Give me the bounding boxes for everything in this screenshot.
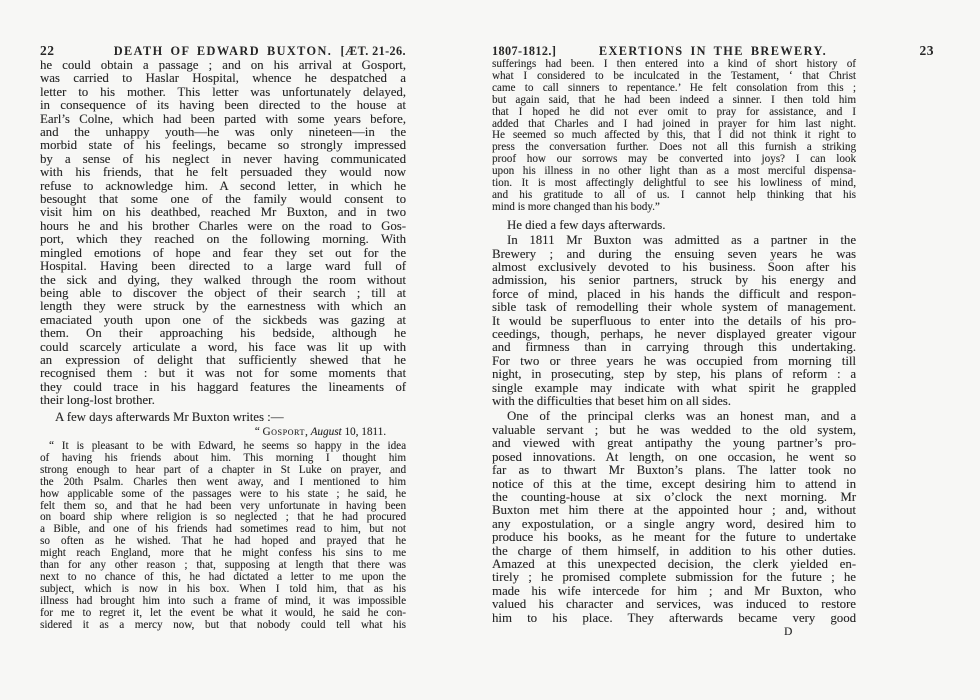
text-line: force of mind, placed in his hands the d… (492, 288, 856, 301)
text-line: Hospital. Having been directed to a larg… (40, 260, 406, 273)
text-line: and the unhappy youth—he was only ninete… (40, 126, 406, 139)
text-line: hours he and his brother Charles were on… (40, 220, 406, 233)
text-line: any expostulation, or a single angry wor… (492, 518, 856, 531)
text-line: and firmness than in carrying through th… (492, 341, 856, 354)
dateline-open-quote: “ (255, 426, 263, 438)
text-line: by a sense of his neglect in never havin… (40, 153, 406, 166)
letter-lines: of having his friends about him. This mo… (40, 453, 406, 632)
dateline-month: August (311, 426, 342, 438)
text-line: posed innovations. At length, on one occ… (492, 451, 856, 464)
transition-sentence: A few days afterwards Mr Buxton writes :… (40, 411, 406, 424)
text-line: the charge of them himself, in addition … (492, 545, 856, 558)
text-line: but again said, that he had been indeed … (492, 95, 856, 107)
clerk-paragraph: One of the principal clerks was an hones… (492, 410, 856, 625)
dateline-tail: 10, 1811. (342, 426, 386, 438)
left-page-header: 22 DEATH OF EDWARD BUXTON. [ÆT. 21-26. (40, 43, 406, 59)
text-line: him to his place. They afterwards became… (492, 612, 856, 625)
text-line: sidered it as a mercy now, but that nobo… (40, 620, 406, 632)
text-line: besought that some one of the family wou… (40, 193, 406, 206)
brewery-paragraph: In 1811 Mr Buxton was admitted as a part… (492, 234, 856, 408)
text-line: letter to his mother. This letter was un… (40, 86, 406, 99)
text-line: them. On their approaching his bedside, … (40, 327, 406, 340)
text-line: an expression of delight that sufficient… (40, 354, 406, 367)
text-line: visit him on his deathbed, reached Mr Bu… (40, 206, 406, 219)
right-page: 1807-1812.] EXERTIONS IN THE BREWERY. 23… (492, 0, 856, 700)
text-line: admission, his senior partners, struck b… (492, 274, 856, 287)
left-page: 22 DEATH OF EDWARD BUXTON. [ÆT. 21-26. h… (40, 0, 406, 700)
text-line: recognised them : but it was not for som… (40, 367, 406, 380)
text-line: length they were struck by the earnestne… (40, 300, 406, 313)
clerk-paragraph-lines: valuable servant ; but he was wedded to … (492, 424, 856, 625)
letter-continuation-last-line: mind is more changed than his body.” (492, 202, 856, 214)
text-line: refuse to acknowledge him. A second lett… (40, 180, 406, 193)
text-line: being able to discover the object of the… (40, 287, 406, 300)
text-line: notice of this at the time, except desir… (492, 478, 856, 491)
death-sentence: He died a few days afterwards. (492, 219, 856, 232)
right-date-note: 1807-1812.] (492, 44, 599, 59)
left-main-paragraph-lines: he could obtain a passage ; and on his a… (40, 59, 406, 394)
text-line: the sick and dying, they walked through … (40, 274, 406, 287)
text-line: could scarcely articulate a word, his fa… (40, 341, 406, 354)
left-running-title: DEATH OF EDWARD BUXTON. (114, 44, 332, 59)
book-scan: 22 DEATH OF EDWARD BUXTON. [ÆT. 21-26. h… (0, 0, 980, 700)
text-line: was carried to Haslar Hospital, whence h… (40, 72, 406, 85)
text-line: mingled emotions of hope and fear they s… (40, 247, 406, 260)
text-line: with his friends, that he felt persuaded… (40, 166, 406, 179)
brewery-paragraph-first-line: In 1811 Mr Buxton was admitted as a part… (492, 234, 856, 247)
text-line: valuable servant ; but he was wedded to … (492, 424, 856, 437)
left-page-number: 22 (40, 43, 114, 59)
dateline-place: Gosport (263, 426, 305, 438)
right-page-header: 1807-1812.] EXERTIONS IN THE BREWERY. 23 (492, 43, 934, 59)
clerk-paragraph-first-line: One of the principal clerks was an hones… (492, 410, 856, 423)
right-running-title: EXERTIONS IN THE BREWERY. (599, 44, 827, 59)
right-page-number: 23 (827, 43, 934, 59)
text-line: made his wife intercede for him ; and Mr… (492, 585, 856, 598)
text-line: they could trace in his haggard features… (40, 381, 406, 394)
text-line: valued his character and services, was i… (492, 598, 856, 611)
text-line: illness had brought him into such a fram… (40, 596, 406, 608)
text-line: port, which they reached on the followin… (40, 233, 406, 246)
text-line: for me to regret it, let the event be wh… (40, 608, 406, 620)
text-line: almost exclusively devoted to his busine… (492, 261, 856, 274)
text-line: tirely ; he promised complete submission… (492, 571, 856, 584)
text-line: and viewed with great antipathy the youn… (492, 437, 856, 450)
text-line: far as to thwart Mr Buxton’s plans. The … (492, 464, 856, 477)
left-main-paragraph-last-line: their long-lost brother. (40, 394, 406, 407)
left-page-body: he could obtain a passage ; and on his a… (40, 59, 406, 631)
text-line: how applicable some of the passages were… (40, 489, 406, 501)
text-line: Buxton met him there at the appointed ho… (492, 504, 856, 517)
text-line: strong enough to hear part of a chapter … (40, 465, 406, 477)
text-line: he could obtain a passage ; and on his a… (40, 59, 406, 72)
letter-continuation-lines: sufferings had been. I then entered into… (492, 59, 856, 202)
text-line: For two or three years he was occupied f… (492, 355, 856, 368)
text-line: single example may indicate with what sp… (492, 382, 856, 395)
letter-dateline: “ Gosport, August 10, 1811. (40, 426, 406, 438)
text-line: Earl’s Colne, which had been parted with… (40, 113, 406, 126)
text-line: night, in prosecuting, step by step, his… (492, 368, 856, 381)
text-line: ceedings, though, perhaps, he never disp… (492, 328, 856, 341)
text-line: the counting-house at six o’clock the ne… (492, 491, 856, 504)
left-age-note: [ÆT. 21-26. (332, 44, 406, 59)
text-line: It would be superfluous to enter into th… (492, 315, 856, 328)
text-line: Brewery ; and during the ensuing seven y… (492, 248, 856, 261)
letter-continuation: sufferings had been. I then entered into… (492, 59, 856, 214)
text-line: produce his books, as he meant for the f… (492, 531, 856, 544)
text-line: of having his friends about him. This mo… (40, 453, 406, 465)
text-line: the 20th Psalm. Charles then went away, … (40, 477, 406, 489)
text-line: morbid state of his feelings, became so … (40, 139, 406, 152)
printer-signature-mark: D (492, 626, 856, 638)
text-line: emaciated youth upon one of the sickbeds… (40, 314, 406, 327)
text-line: came to call sinners to repentance.’ He … (492, 83, 856, 95)
left-main-paragraph: he could obtain a passage ; and on his a… (40, 59, 406, 408)
letter-excerpt: “ It is pleasant to be with Edward, he s… (40, 441, 406, 632)
right-page-body: sufferings had been. I then entered into… (492, 59, 856, 638)
text-line: that I hoped he did not ever omit to pra… (492, 107, 856, 119)
brewery-paragraph-last-line: with the difficulties that beset him on … (492, 395, 856, 408)
text-line: Amazed at this unexpected decision, the … (492, 558, 856, 571)
text-line: in consequence of its having been direct… (40, 99, 406, 112)
text-line: sible task of remodelling their whole sy… (492, 301, 856, 314)
text-line: subject, which is now in his box. When I… (40, 584, 406, 596)
brewery-paragraph-lines: Brewery ; and during the ensuing seven y… (492, 248, 856, 395)
